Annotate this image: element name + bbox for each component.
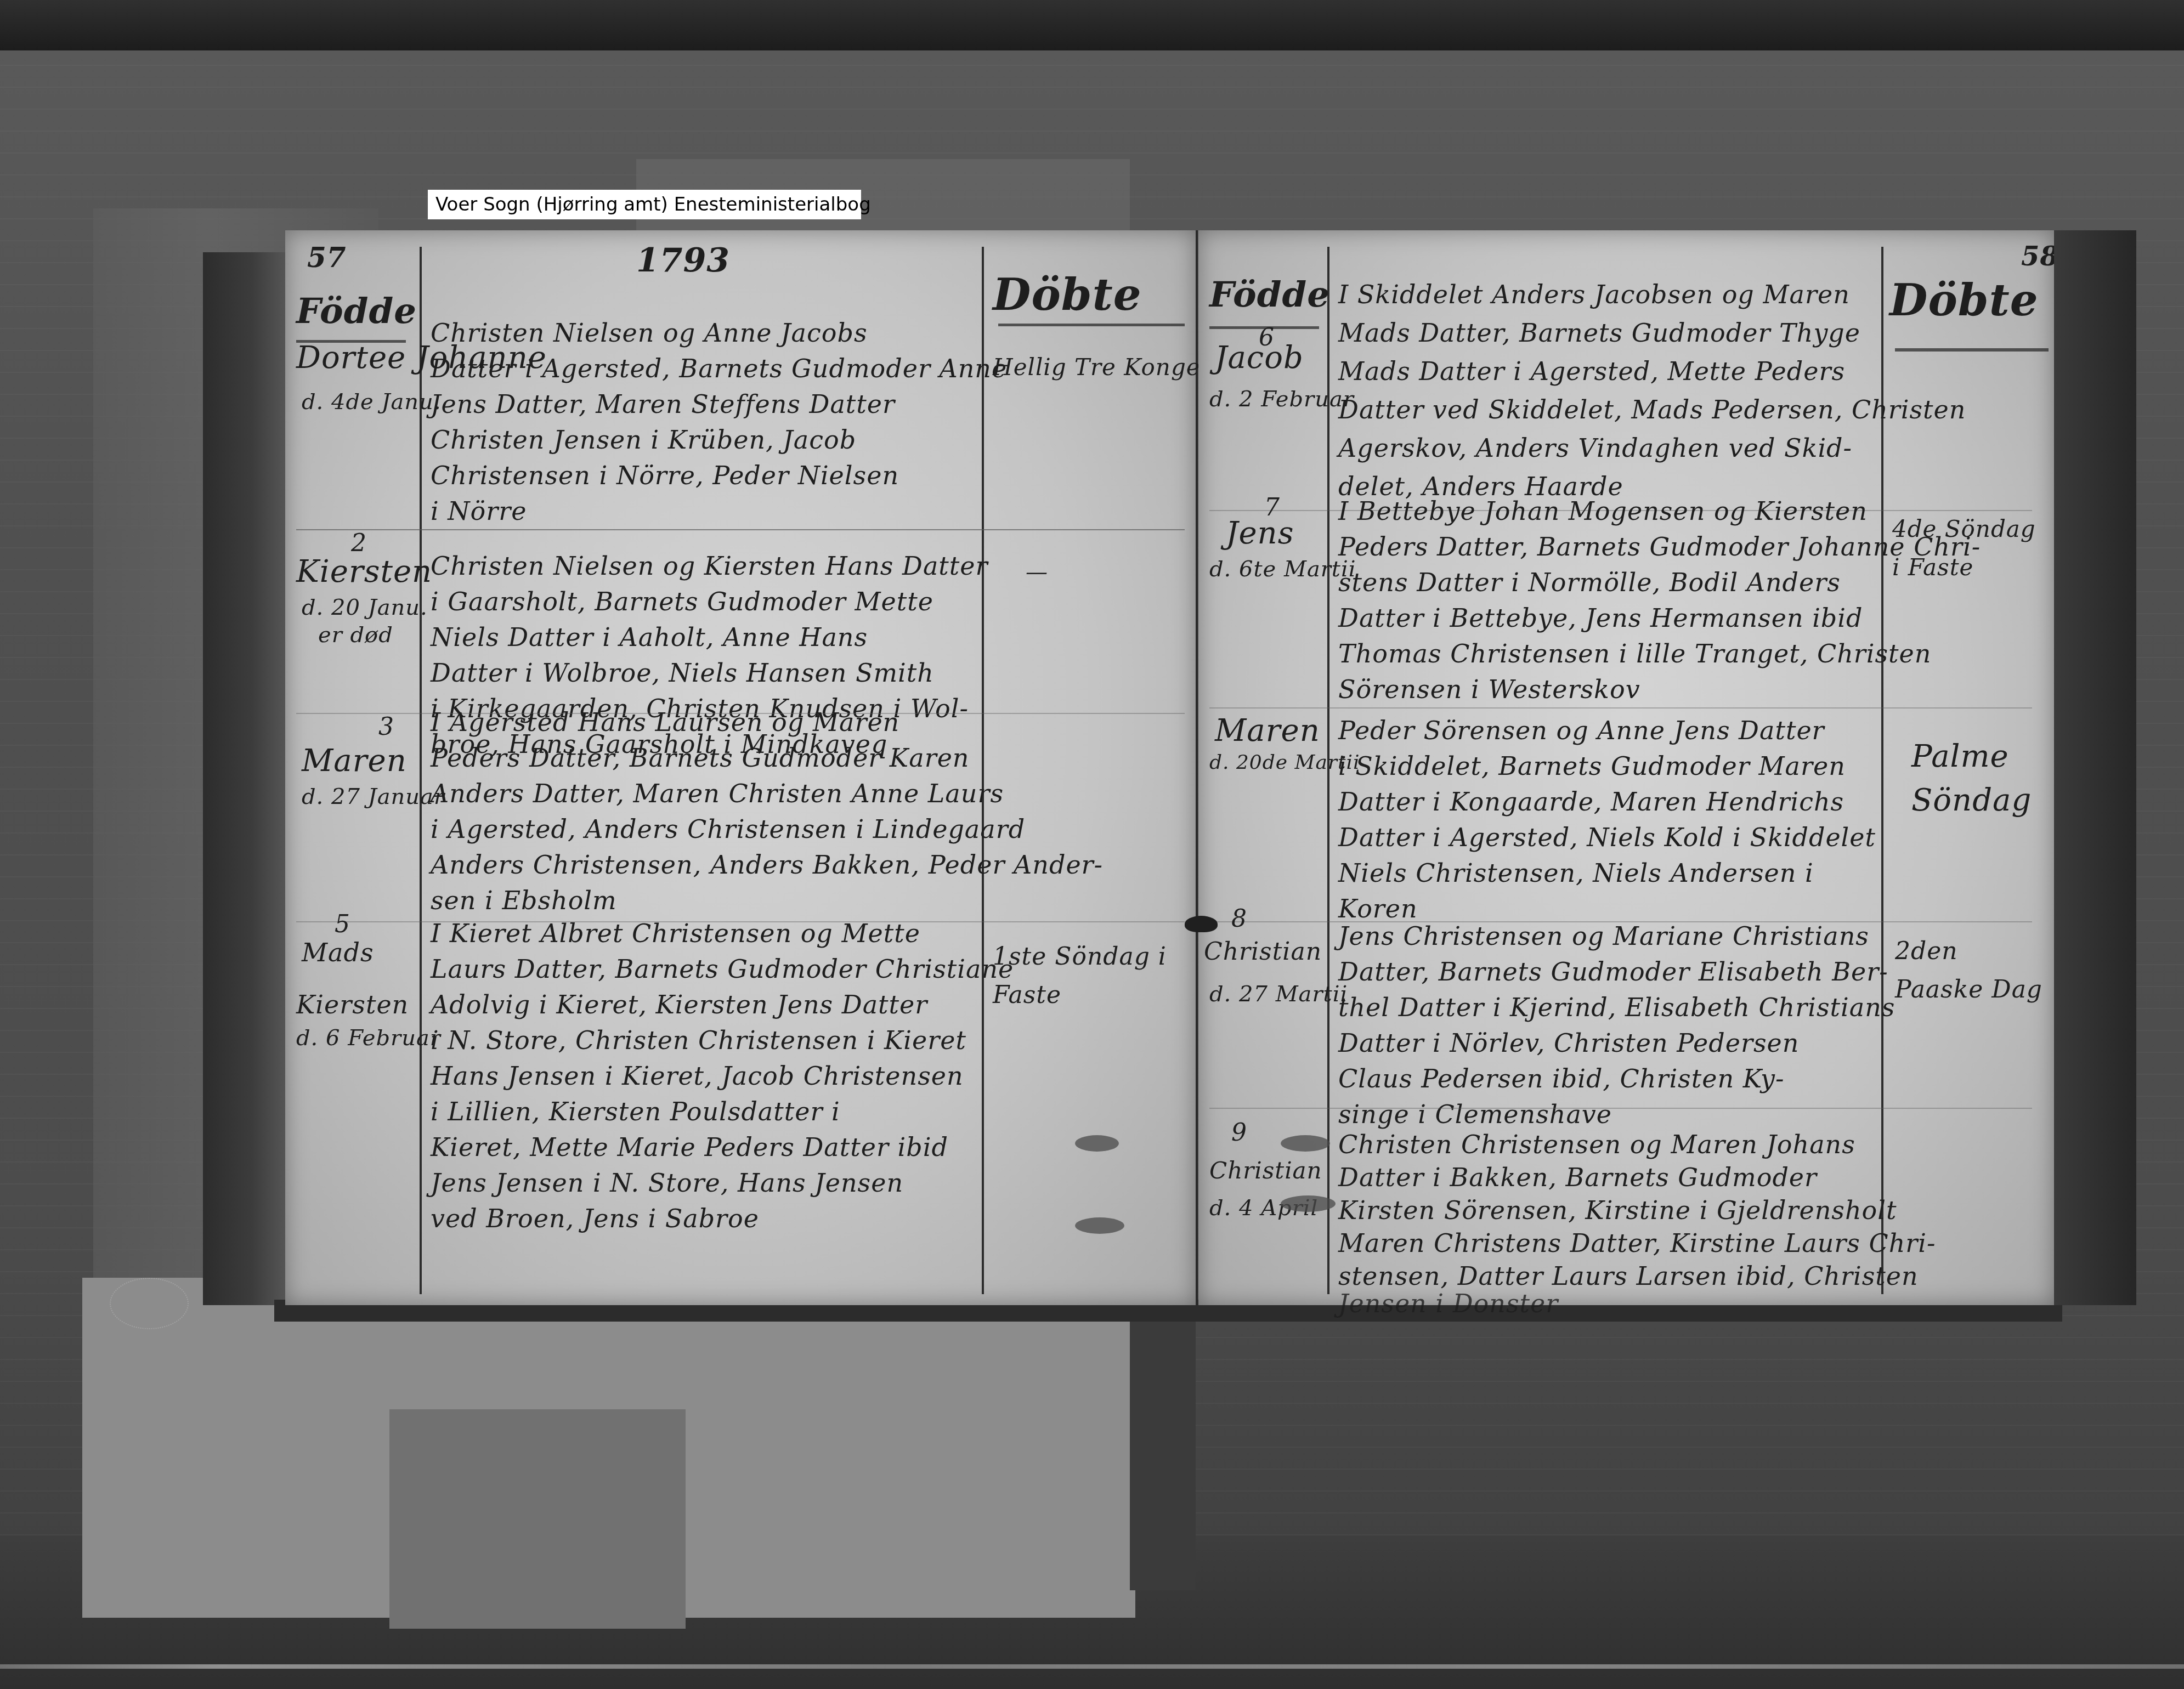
entry-number: 5 — [335, 910, 350, 938]
birth-date: d. 20de Martii — [1209, 751, 1360, 774]
entry-text-line: Mads Datter i Agersted, Mette Peders — [1338, 356, 1845, 386]
left-page-rule-baptised — [982, 247, 984, 1294]
entry-text-line: Peders Datter, Barnets Gudmoder Johanne … — [1338, 532, 1981, 562]
entry-text-line: stens Datter i Normölle, Bodil Anders — [1338, 568, 1841, 597]
left-baptised-column-header: Döbte — [993, 269, 1142, 320]
entry-text-line: Datter i Bettebye, Jens Hermansen ibid — [1338, 603, 1863, 633]
archive-title-label: Voer Sogn (Hjørring amt) Enesteministeri… — [428, 190, 861, 219]
baptism-day: — — [1026, 559, 1048, 585]
child-name-alt: Kiersten — [296, 990, 409, 1019]
entry-divider — [1209, 1108, 2032, 1109]
entry-text-line: Datter i Wolbroe, Niels Hansen Smith — [431, 658, 934, 688]
entry-text-line: Niels Datter i Aaholt, Anne Hans — [431, 622, 868, 652]
entry-number: 8 — [1231, 905, 1247, 933]
entry-text-line: i Gaarsholt, Barnets Gudmoder Mette — [431, 587, 933, 616]
entry-text-line: Koren — [1338, 894, 1418, 923]
open-register-book: 57 1793 Födde Döbte Dortee Johanne d. 4d… — [285, 230, 2128, 1305]
spine-ink-blot — [1185, 916, 1218, 932]
child-name: Jacob — [1215, 340, 1304, 376]
entry-text-line: thel Datter i Kjerind, Elisabeth Christi… — [1338, 993, 1895, 1022]
child-name: Christian — [1209, 1157, 1322, 1184]
entry-text-line: Peders Datter, Barnets Gudmoder Karen — [431, 743, 970, 773]
entry-text-line: Agerskov, Anders Vindaghen ved Skid- — [1338, 433, 1852, 463]
book-side-shadow — [1130, 1283, 1196, 1590]
entry-text-line: ved Broen, Jens i Sabroe — [431, 1204, 759, 1233]
baptism-day: 2den Paaske Dag — [1895, 932, 2049, 1009]
film-top-border — [0, 0, 2184, 50]
entry-text-line: Anders Datter, Maren Christen Anne Laurs — [431, 779, 1004, 808]
entry-text-line: Datter i Kongaarde, Maren Hendrichs — [1338, 787, 1844, 817]
entry-text-line: Datter, Barnets Gudmoder Elisabeth Ber- — [1338, 957, 1888, 987]
left-page-number: 57 — [307, 241, 347, 274]
left-page-year: 1793 — [636, 241, 730, 280]
child-name: Maren — [1215, 713, 1320, 749]
entry-text-line: Datter i Agersted, Niels Kold i Skiddele… — [1338, 823, 1876, 852]
entry-text-line: Jensen i Donster — [1338, 1289, 1558, 1318]
entry-text-line: Christen Christensen og Maren Johans — [1338, 1130, 1855, 1159]
entry-number: 2 — [351, 529, 367, 557]
birth-date: d. 6te Martii — [1209, 557, 1356, 582]
entry-text-line: i Nörre — [431, 496, 527, 526]
entry-text-line: i Agersted, Anders Christensen i Lindega… — [431, 814, 1025, 844]
entry-text-line: Adolvig i Kieret, Kiersten Jens Datter — [431, 990, 927, 1019]
entry-text-line: Sörensen i Westerskov — [1338, 675, 1640, 704]
ink-smudge — [1281, 1135, 1330, 1152]
right-baptised-column-header: Döbte — [1889, 274, 2039, 326]
birth-date: d. 6 Februar — [296, 1025, 441, 1051]
film-scratch-streak — [0, 1664, 2184, 1669]
entry-text-line: Datter i Bakken, Barnets Gudmoder — [1338, 1163, 1817, 1192]
birth-date: d. 27 Martii — [1209, 982, 1348, 1007]
baptism-day: 4de Söndag i Faste — [1892, 510, 2046, 587]
entry-text-line: Anders Christensen, Anders Bakken, Peder… — [431, 850, 1103, 880]
entry-text-line: Kieret, Mette Marie Peders Datter ibid — [431, 1132, 948, 1162]
entry-text-line: Christen Nielsen og Kiersten Hans Datter — [431, 551, 988, 581]
entry-text-line: I Kieret Albret Christensen og Mette — [431, 919, 920, 948]
entry-text-line: Datter i Nörlev, Christen Pedersen — [1338, 1028, 1799, 1058]
entry-text-line: Kirsten Sörensen, Kirstine i Gjeldrensho… — [1338, 1195, 1897, 1225]
entry-divider — [1209, 707, 2032, 709]
entry-text-line: Jens Christensen og Mariane Christians — [1338, 921, 1869, 951]
entry-text-line: i Skiddelet, Barnets Gudmoder Maren — [1338, 751, 1846, 781]
child-name: Mads — [302, 938, 374, 967]
entry-text-line: Maren Christens Datter, Kirstine Laurs C… — [1338, 1228, 1936, 1258]
entry-text-line: Datter i Agersted, Barnets Gudmoder Anne — [431, 354, 1007, 383]
right-born-column-header: Födde — [1209, 274, 1330, 315]
child-name: Maren — [302, 743, 407, 779]
birth-date: d. 20 Janu. — [302, 595, 428, 620]
gray-target-card — [389, 1409, 686, 1629]
entry-text-line: Laurs Datter, Barnets Gudmoder Christian… — [431, 954, 1014, 984]
entry-number: 3 — [378, 713, 394, 741]
baptism-day: 1ste Söndag i Faste — [993, 938, 1179, 1014]
entry-text-line: Datter ved Skiddelet, Mads Pedersen, Chr… — [1338, 395, 1966, 424]
entry-text-line: Christen Nielsen og Anne Jacobs — [431, 318, 868, 348]
entry-number: 9 — [1231, 1119, 1247, 1147]
header-underline — [998, 324, 1185, 326]
entry-text-line: i N. Store, Christen Christensen i Kiere… — [431, 1025, 966, 1055]
entry-text-line: Hans Jensen i Kieret, Jacob Christensen — [431, 1061, 964, 1091]
entry-text-line: I Bettebye Johan Mogensen og Kiersten — [1338, 496, 1868, 526]
right-page: Födde Döbte 58 6 Jacob d. 2 Februar I Sk… — [1198, 230, 2054, 1305]
ink-smudge — [1075, 1217, 1124, 1234]
entry-text-line: Christen Jensen i Krüben, Jacob — [431, 425, 856, 455]
right-page-shadow — [2054, 230, 2136, 1305]
child-name: Christian — [1204, 938, 1322, 966]
entry-text-line: I Agersted Hans Laursen og Maren — [431, 707, 899, 737]
left-born-column-header: Födde — [296, 291, 417, 332]
archive-stamp-icon — [110, 1278, 189, 1329]
entry-text-line: Mads Datter, Barnets Gudmoder Thyge — [1338, 318, 1860, 348]
entry-divider — [296, 529, 1185, 530]
book-left-edge — [203, 252, 285, 1305]
ink-smudge — [1075, 1135, 1119, 1152]
entry-text-line: Christensen i Nörre, Peder Nielsen — [431, 461, 899, 490]
entry-text-line: Jens Jensen i N. Store, Hans Jensen — [431, 1168, 903, 1198]
entry-text-line: Peder Sörensen og Anne Jens Datter — [1338, 716, 1825, 745]
ink-smudge — [1281, 1195, 1336, 1212]
entry-text-line: Jens Datter, Maren Steffens Datter — [431, 389, 895, 419]
right-page-number: 58 — [2021, 241, 2059, 272]
entry-text-line: i Lillien, Kiersten Poulsdatter i — [431, 1097, 840, 1126]
entry-text-line: Thomas Christensen i lille Tranget, Chri… — [1338, 639, 1931, 668]
entry-text-line: Niels Christensen, Niels Andersen i — [1338, 858, 1814, 888]
header-underline — [1895, 348, 2049, 352]
death-note: er død — [318, 622, 393, 648]
birth-date: d. 2 Februar — [1209, 387, 1354, 412]
child-name: Kiersten — [296, 554, 432, 590]
entry-text-line: singe i Clemenshave — [1338, 1099, 1612, 1129]
baptism-day: Palme Söndag — [1911, 735, 2038, 823]
birth-date: d. 4de Janu. — [302, 389, 442, 415]
entry-text-line: sen i Ebsholm — [431, 886, 617, 915]
entry-text-line: Claus Pedersen ibid, Christen Ky- — [1338, 1064, 1785, 1093]
entry-text-line: I Skiddelet Anders Jacobsen og Maren — [1338, 280, 1850, 309]
child-name: Jens — [1226, 515, 1294, 551]
entry-text-line: stensen, Datter Laurs Larsen ibid, Chris… — [1338, 1261, 1919, 1291]
left-page: 57 1793 Födde Döbte Dortee Johanne d. 4d… — [285, 230, 1198, 1305]
birth-date: d. 27 Januar — [302, 784, 445, 809]
